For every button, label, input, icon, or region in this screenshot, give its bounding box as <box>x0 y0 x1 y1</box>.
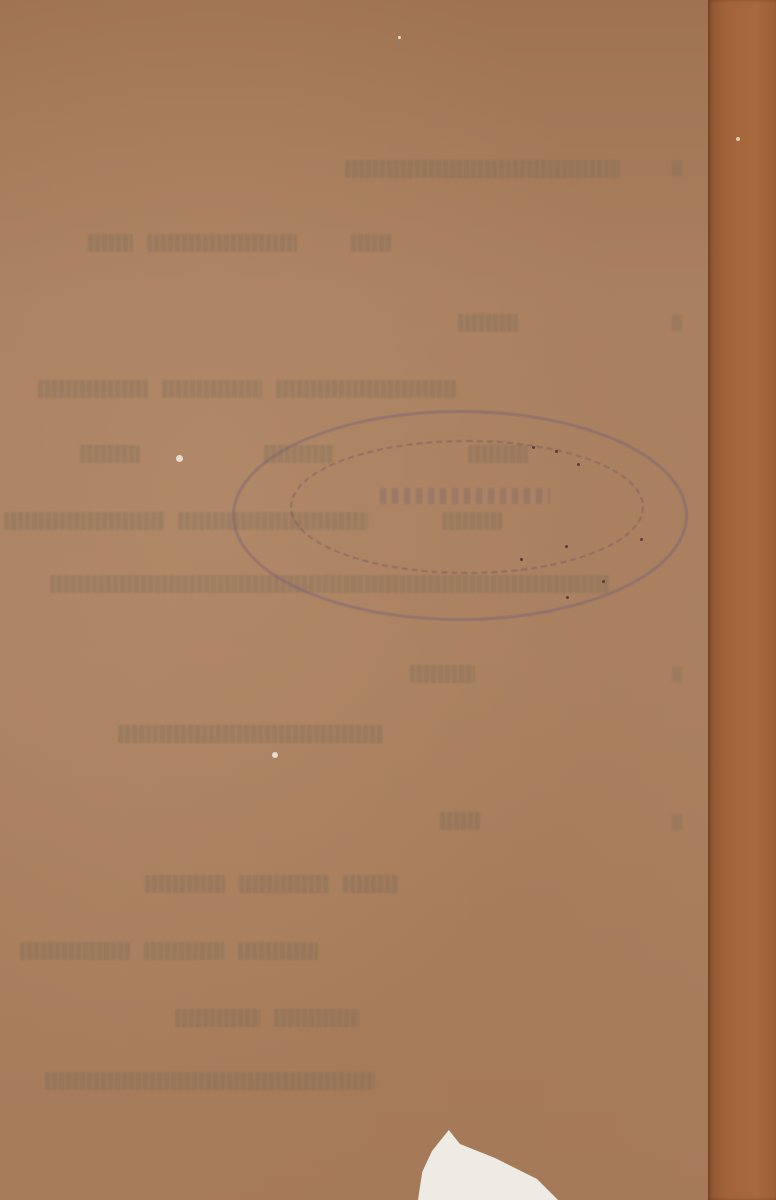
ghost-text-line <box>345 158 620 180</box>
ghost-word <box>351 234 391 252</box>
ghost-word <box>4 512 164 530</box>
ghost-word <box>343 875 398 893</box>
foxing-speck <box>272 752 278 758</box>
ghost-text-line <box>45 1070 375 1092</box>
ghost-text-line <box>88 232 391 254</box>
book-spine-edge <box>708 0 776 1200</box>
foxing-speck <box>577 463 580 466</box>
ghost-word <box>175 1009 260 1027</box>
scanned-page: scanned book page Tamil (faded show-thro… <box>0 0 710 1200</box>
ghost-text-line <box>410 663 475 685</box>
ghost-word <box>276 380 456 398</box>
foxing-speck <box>398 36 401 39</box>
foxing-speck <box>736 137 740 141</box>
ghost-text-line <box>118 723 383 745</box>
foxing-speck <box>520 558 523 561</box>
ghost-word <box>144 942 224 960</box>
ghost-word <box>38 380 148 398</box>
ghost-word <box>238 942 318 960</box>
ghost-word <box>410 665 475 683</box>
ghost-word <box>345 160 620 178</box>
ghost-word <box>145 875 225 893</box>
ghost-text-line <box>440 810 480 832</box>
torn-paper-gap <box>418 1130 558 1200</box>
section-marker <box>672 814 682 830</box>
ghost-text-line <box>175 1007 359 1029</box>
library-stamp-inner-ring <box>290 440 644 574</box>
section-marker <box>672 315 682 331</box>
ghost-text-line <box>145 873 398 895</box>
ghost-word <box>239 875 329 893</box>
foxing-speck <box>566 596 569 599</box>
foxing-speck <box>565 545 568 548</box>
ghost-text-line <box>20 940 318 962</box>
ghost-word <box>440 812 480 830</box>
foxing-speck <box>640 538 643 541</box>
ghost-word <box>118 725 383 743</box>
ghost-text-line <box>458 312 518 334</box>
stamp-text <box>380 488 550 504</box>
foxing-speck <box>555 450 558 453</box>
section-marker <box>672 160 682 176</box>
foxing-speck <box>176 455 183 462</box>
ghost-word <box>147 234 297 252</box>
ghost-word <box>162 380 262 398</box>
ghost-word <box>45 1072 375 1090</box>
ghost-word <box>88 234 133 252</box>
foxing-speck <box>532 446 535 449</box>
ghost-word <box>274 1009 359 1027</box>
section-marker <box>672 667 682 683</box>
ghost-word <box>458 314 518 332</box>
foxing-speck <box>602 580 605 583</box>
ghost-word <box>20 942 130 960</box>
ghost-text-line <box>38 378 456 400</box>
ghost-word <box>80 445 140 463</box>
